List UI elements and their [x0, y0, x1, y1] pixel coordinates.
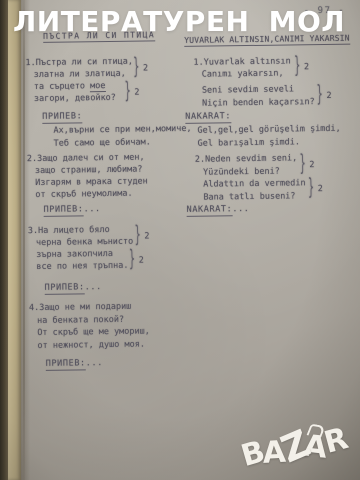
- lyric-line: Bana tatlı buseni?: [195, 190, 306, 204]
- chorus-reference: ПРИПЕВ:...: [43, 204, 100, 215]
- verse-2-bulgarian: 2.Защо далеч си от мен, защо страниш, лю…: [27, 151, 148, 201]
- ellipsis: ...: [85, 282, 102, 292]
- repeat-mark: } 2: [300, 153, 315, 176]
- lyric-line: от нежност, душо моя.: [29, 338, 150, 352]
- emphasized-word: мое: [90, 81, 106, 92]
- chorus-reference: ПРИПЕВ:...: [46, 358, 103, 369]
- lyric-line: Aldattın da vermedin: [195, 177, 306, 191]
- repeat-brace: }: [129, 248, 135, 273]
- repeat-mark: } 2: [135, 224, 150, 248]
- verse-4-bulgarian: 4.Защо не ми подариш на бенката покой? О…: [29, 300, 150, 352]
- repeat-count: 2: [326, 90, 331, 100]
- nakarat-reference: NAKARAT:...: [187, 204, 250, 215]
- chorus-bulgarian: Ах,върни се при мен,момиче, Теб само ще …: [53, 123, 192, 150]
- repeat-mark: } 2: [317, 84, 332, 107]
- ellipsis: ...: [86, 358, 103, 368]
- repeat-mark: } 2: [129, 249, 144, 273]
- watermark-text: ЛИТЕРАТУРЕН МОЛ: [13, 5, 353, 38]
- repeat-count: 2: [144, 231, 149, 241]
- repeat-brace: }: [294, 54, 300, 79]
- lyric-line: все по нея тръпна.: [28, 260, 133, 273]
- repeat-brace: }: [308, 177, 314, 202]
- chorus-heading: ПРИПЕВ:: [42, 111, 82, 122]
- repeat-count: 2: [139, 256, 144, 266]
- repeat-brace: }: [300, 152, 306, 177]
- verse-3-bulgarian: 3.На лицето бяло черна бенка мънисто зър…: [28, 224, 134, 273]
- repeat-count: 2: [318, 184, 323, 194]
- lyric-line: Теб само ще обичам.: [54, 135, 192, 149]
- repeat-brace: }: [135, 224, 141, 249]
- repeat-brace: }: [133, 56, 139, 81]
- verse-1a-turkish: 1.Yuvarlak altınsın Canımı yakarsın,: [193, 55, 291, 80]
- repeat-count: 2: [134, 88, 139, 98]
- ellipsis: ...: [84, 204, 101, 214]
- repeat-brace: }: [317, 83, 323, 108]
- lyric-line: загори, девойко?: [26, 92, 134, 105]
- repeat-mark: } 2: [125, 81, 140, 105]
- repeat-brace: }: [124, 80, 130, 105]
- typewritten-sheet: - 97 - ПЪСТРА ЛИ СИ ПТИЦА 1.Пъстра ли си…: [0, 0, 360, 480]
- repeat-count: 2: [309, 160, 314, 170]
- verse-1-bulgarian: 1.Пъстра ли си птица, златна ли златица,…: [25, 56, 133, 105]
- lyric-line: черна бенка мънисто: [28, 236, 133, 249]
- scanned-page-photo: - 97 - ПЪСТРА ЛИ СИ ПТИЦА 1.Пъстра ли си…: [0, 0, 360, 480]
- ellipsis: ...: [232, 204, 249, 214]
- lyric-line: 2.Neden sevdim seni,: [195, 152, 306, 166]
- chorus-reference: ПРИПЕВ:...: [45, 282, 102, 293]
- lyric-line: златна ли златица,: [26, 68, 134, 81]
- lyric-line: Gel,gel,gel görüşelim şimdi,: [197, 123, 340, 138]
- repeat-mark: } 2: [308, 177, 323, 201]
- repeat-count: 2: [304, 62, 309, 72]
- repeat-mark: } 2: [294, 55, 309, 78]
- lyric-line: Ах,върни се при мен,момиче,: [53, 123, 191, 137]
- verse-2-turkish: 2.Neden sevdim seni, Yüzündeki beni? Ald…: [195, 152, 306, 204]
- chorus-turkish: Gel,gel,gel görüşelim şimdi, Gel barışal…: [197, 123, 341, 151]
- lyric-line: Canımı yakarsın,: [194, 67, 291, 80]
- repeat-mark: } 2: [133, 56, 148, 80]
- lyric-line: Gel barışalım şimdi.: [198, 136, 341, 151]
- lyric-line: Niçin benden kaçarsın?: [202, 96, 315, 110]
- lyric-line: от скръб неумолима.: [27, 187, 148, 201]
- repeat-count: 2: [143, 63, 148, 73]
- nakarat-heading: NAKARAT:: [185, 111, 231, 122]
- verse-1b-turkish: Seni sevdim seveli Niçin benden kaçarsın…: [202, 83, 315, 110]
